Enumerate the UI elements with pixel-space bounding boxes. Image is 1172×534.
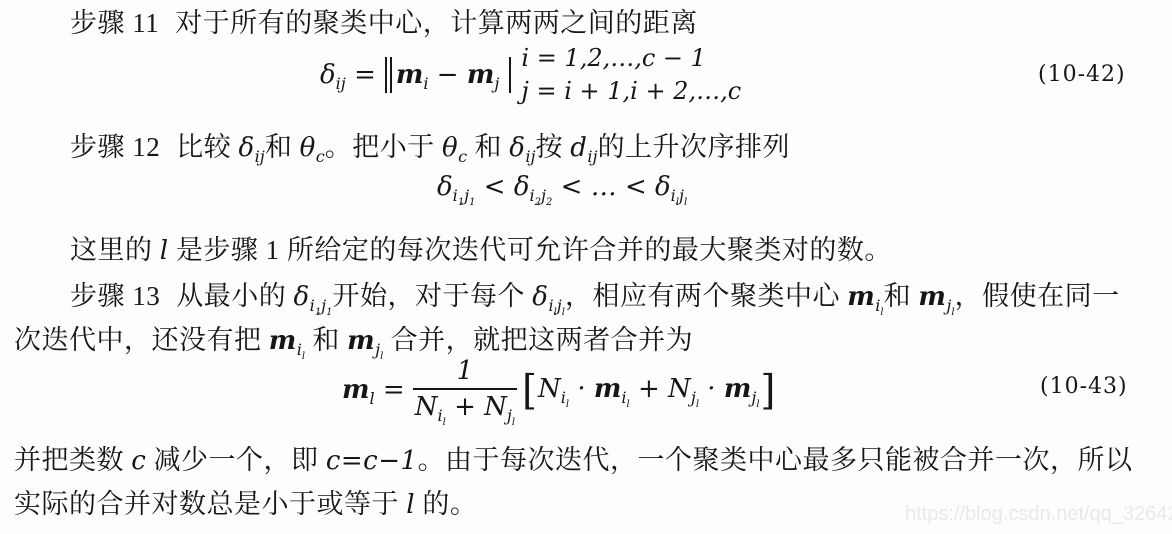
- step11-label: 步骤 11: [70, 8, 159, 38]
- closing-paragraph-line1: 并把类数 c 减少一个，即 c=c−1。由于每次迭代，一个聚类中心最多只能被合并…: [14, 443, 1133, 478]
- eq43-number: (10-43): [1040, 374, 1128, 399]
- equation-10-43: ml = 1 Nil + Njl [ Nil · mil + Njl · mjl…: [342, 356, 776, 423]
- eq43-body: Nil · mil + Njl · mjl: [538, 374, 760, 405]
- step12-label: 步骤 12: [70, 132, 160, 162]
- eq43-close-bracket: ]: [761, 366, 776, 414]
- step11-line: 步骤 11对于所有的聚类中心，计算两两之间的距离: [70, 6, 698, 40]
- step13-continuation-text: 次迭代中，还没有把 mil 和 mjl 合并，就把这两者合并为: [14, 325, 693, 355]
- fraction-denominator: Nil + Njl: [413, 390, 517, 423]
- step12-text: 比较 δij和 θc。把小于 θc 和 δij按 dij的上升次序排列: [176, 132, 790, 162]
- fraction-numerator: 1: [413, 356, 517, 390]
- eq42-conditions: i = 1,2,…,c − 1 j = i + 1,i + 2,…,c: [521, 44, 741, 105]
- closing-paragraph-text1: 并把类数 c 减少一个，即 c=c−1。由于每次迭代，一个聚类中心最多只能被合并…: [14, 445, 1133, 475]
- merge-limit-paragraph: 这里的 l 是步骤 1 所给定的每次迭代可允许合并的最大聚类对的数。: [70, 233, 892, 268]
- merge-limit-text: 这里的 l 是步骤 1 所给定的每次迭代可允许合并的最大聚类对的数。: [70, 235, 892, 265]
- eq42-expr: mi − mj: [396, 60, 500, 90]
- eq42-condition-top: i = 1,2,…,c − 1: [521, 44, 741, 72]
- delta-ordering-formula: δi1j1 < δi2j2 < … < δiljl: [437, 172, 687, 203]
- eq42-condition-bottom: j = i + 1,i + 2,…,c: [521, 77, 741, 105]
- step13-line: 步骤 13从最小的 δi1j1开始，对于每个 δiljl，相应有两个聚类中心 m…: [70, 279, 1120, 314]
- step13-label: 步骤 13: [70, 281, 160, 311]
- norm-close-bar: [509, 57, 511, 93]
- eq42-number: (10-42): [1038, 62, 1126, 87]
- step12-line: 步骤 12比较 δij和 θc。把小于 θc 和 δij按 dij的上升次序排列: [70, 130, 790, 165]
- closing-paragraph-text2: 实际的合并对数总是小于或等于 l 的。: [14, 489, 477, 519]
- eq43-lhs: ml =: [342, 375, 405, 405]
- watermark: https://blog.csdn.net/qq_32642107: [905, 503, 1172, 526]
- eq43-fraction: 1 Nil + Njl: [413, 356, 517, 423]
- step13-continuation-line: 次迭代中，还没有把 mil 和 mjl 合并，就把这两者合并为: [14, 323, 693, 358]
- delta-chain: δi1j1 < δi2j2 < … < δiljl: [437, 172, 687, 203]
- norm-open-bar: [390, 57, 392, 93]
- equation-10-42: δij = mi − mj i = 1,2,…,c − 1 j = i + 1,…: [320, 44, 741, 105]
- step13-text: 从最小的 δi1j1开始，对于每个 δiljl，相应有两个聚类中心 mil和 m…: [176, 281, 1119, 311]
- step11-text: 对于所有的聚类中心，计算两两之间的距离: [175, 8, 698, 38]
- closing-paragraph-line2: 实际的合并对数总是小于或等于 l 的。: [14, 487, 477, 522]
- eq43-open-bracket: [: [522, 366, 537, 414]
- eq42-lhs: δij =: [320, 60, 376, 90]
- scanned-textbook-page: 步骤 11对于所有的聚类中心，计算两两之间的距离 δij = mi − mj i…: [0, 0, 1172, 534]
